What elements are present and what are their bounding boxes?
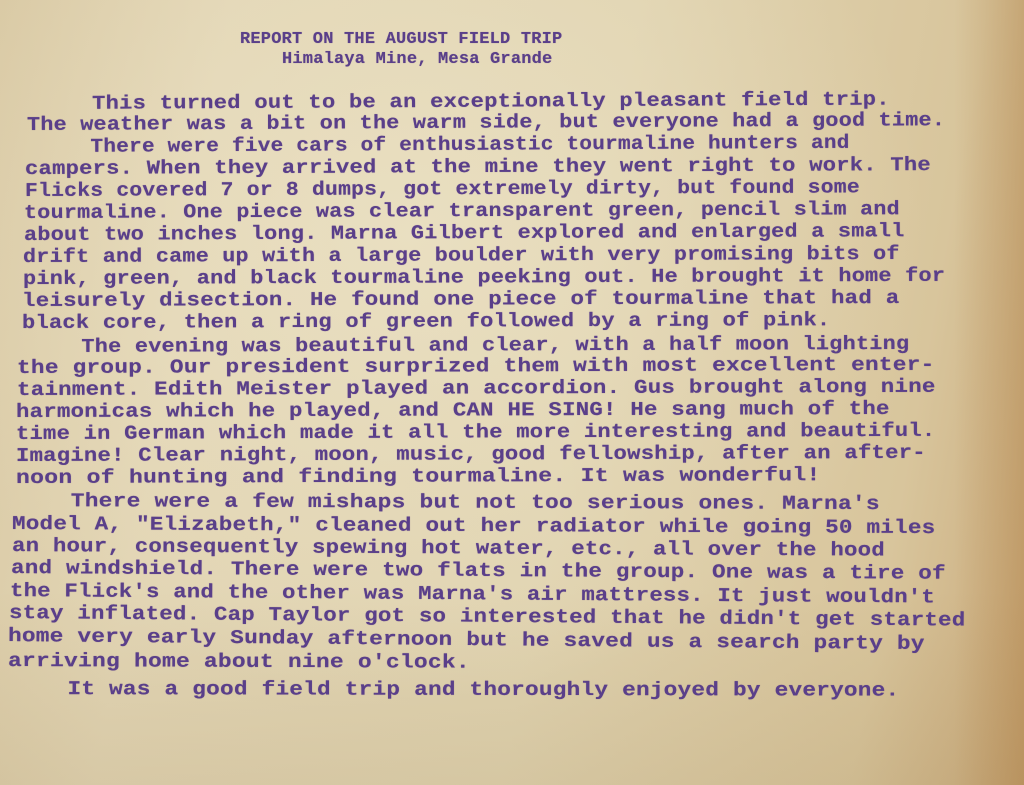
report-subtitle: Himalaya Mine, Mesa Grande bbox=[282, 50, 552, 69]
body-line: about two inches long. Marna Gilbert exp… bbox=[24, 220, 905, 246]
body-line: black core, then a ring of green followe… bbox=[22, 309, 830, 334]
body-line: drift and came up with a large boulder w… bbox=[23, 243, 900, 268]
body-line: noon of hunting and finding tourmaline. … bbox=[16, 464, 821, 489]
body-line: tainment. Edith Meister played an accord… bbox=[17, 376, 936, 401]
body-line: There were a few mishaps but not too ser… bbox=[15, 490, 880, 515]
paper-page: REPORT ON THE AUGUST FIELD TRIP Himalaya… bbox=[0, 0, 1024, 785]
body-line: Imagine! Clear night, moon, music, good … bbox=[16, 442, 926, 467]
body-line: arriving home about nine o'clock. bbox=[8, 650, 470, 674]
body-line: pink, green, and black tourmaline peekin… bbox=[23, 265, 945, 290]
body-line: time in German which made it all the mor… bbox=[16, 420, 935, 445]
body-line: It was a good field trip and thoroughly … bbox=[12, 678, 899, 702]
report-title: REPORT ON THE AUGUST FIELD TRIP bbox=[240, 30, 562, 49]
body-line: leisurely disection. He found one piece … bbox=[22, 287, 900, 312]
page-edge-shadow bbox=[954, 0, 1024, 785]
body-line: the group. Our president surprized them … bbox=[17, 354, 935, 379]
body-line: harmonicas which he played, and CAN HE S… bbox=[16, 398, 890, 423]
